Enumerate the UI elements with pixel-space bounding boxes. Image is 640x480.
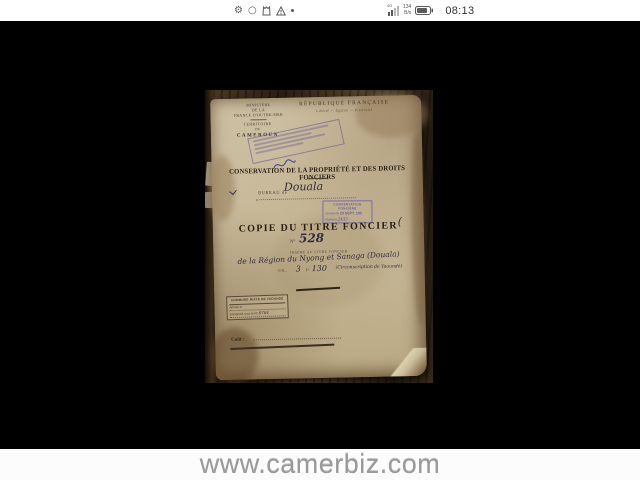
status-icons-right: 4G 134 B/s 08:13 — [388, 0, 474, 21]
warning-icon — [276, 6, 286, 16]
signal-icon: 4G — [388, 5, 399, 16]
network-speed-unit: B/s — [404, 11, 411, 17]
status-icons-left: ⚙ ○ — [234, 0, 294, 21]
land-title-cover: MINISTÈRE DE LA FRANCE D'OUTRE-MER TERRI… — [210, 95, 427, 380]
screen: ⚙ ○ 4G 134 B/s 08:13 — [0, 0, 640, 480]
ministry-line: FRANCE D'OUTRE-MER — [232, 112, 284, 118]
divider — [251, 119, 267, 120]
stamp-date-label: Arrivée le — [325, 211, 338, 215]
ministry-block: MINISTÈRE DE LA FRANCE D'OUTRE-MER — [232, 102, 284, 121]
folio-value: 130 — [312, 264, 327, 273]
commune-registry-stamp: COMMUNE MIXTE DE YAOUNDÉ Arrivée le Enre… — [226, 294, 289, 320]
signal-type-label: 4G — [387, 3, 392, 8]
status-bar: ⚙ ○ 4G 134 B/s 08:13 — [0, 0, 640, 21]
watermark-strip: www.camerbiz.com — [0, 449, 640, 480]
volume-label: VOL. — [278, 269, 287, 273]
cost-label: Coût : — [231, 338, 245, 343]
gear-icon: ⚙ — [234, 6, 243, 16]
pen-paren-mark: ( — [398, 215, 403, 228]
clock-time: 08:13 — [445, 5, 474, 17]
commune-stamp-reg-label: Enregistré sous le N° — [230, 311, 258, 316]
republic-title: RÉPUBLIQUE FRANÇAISE — [288, 99, 400, 107]
dot-icon — [291, 9, 294, 12]
folio-note: (Circonscription de Yaoundé) — [336, 264, 403, 270]
curled-corner — [382, 348, 427, 377]
document-photo[interactable]: MINISTÈRE DE LA FRANCE D'OUTRE-MER TERRI… — [205, 90, 433, 383]
commune-stamp-registration: Enregistré sous le N° 8784 — [230, 309, 286, 318]
stamp-number-value: 2435 — [338, 216, 348, 221]
paper-stain — [210, 327, 259, 383]
network-speed: 134 B/s — [403, 5, 411, 16]
stamp-date-value: 23 SEPT. 195 — [340, 211, 362, 215]
circle-icon: ○ — [248, 6, 257, 16]
stamp-header: CONSERVATION FONCIÈRE — [325, 202, 369, 211]
paper-stain — [355, 91, 428, 138]
title-number-label: N° — [290, 238, 295, 243]
title-number-value: 528 — [299, 231, 324, 246]
bureau-label: BUREAU de — [258, 190, 287, 196]
form-dotted-line — [253, 338, 341, 341]
battery-icon — [415, 6, 433, 15]
watermark-text: www.camerbiz.com — [200, 449, 441, 480]
vest-icon — [262, 6, 271, 16]
stamp-number-label: Numéro — [325, 217, 336, 221]
volume-value: 3 — [296, 264, 301, 273]
commune-stamp-reg-number: 8784 — [259, 310, 269, 315]
folio-label: F° — [306, 268, 310, 272]
bureau-handwritten-value: Douala — [284, 180, 323, 194]
republic-block: RÉPUBLIQUE FRANÇAISE Liberté — Égalité —… — [288, 99, 400, 113]
